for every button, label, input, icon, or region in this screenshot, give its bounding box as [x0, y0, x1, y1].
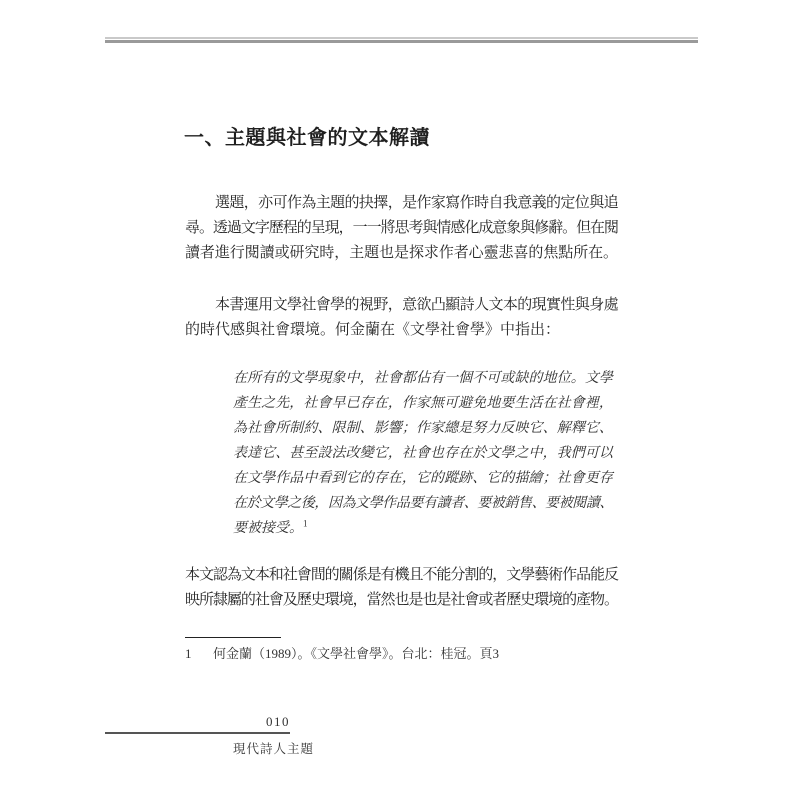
book-page: 一、主題與社會的文本解讀 選題，亦可作為主題的抉擇，是作家寫作時自我意義的定位與… [0, 0, 800, 800]
footnote-number: 1 [185, 645, 213, 663]
header-ornament-rule-light [105, 37, 698, 39]
page-number: 010 [105, 714, 290, 730]
paragraph-1: 選題，亦可作為主題的抉擇，是作家寫作時自我意義的定位與追 尋。透過文字歷程的呈現… [185, 191, 618, 266]
quote-line: 表達它、甚至設法改變它，社會也存在於文學之中，我們可以 [233, 441, 613, 466]
footnote: 1何金蘭（1989）。《文學社會學》。台北：桂冠。頁3 [185, 645, 625, 663]
quote-line: 在文學作品中看到它的存在，它的蹤跡、它的描繪；社會更存 [233, 466, 613, 491]
paragraph-line: 映所隸屬的社會及歷史環境，當然也是也是社會或者歷史環境的產物。 [185, 588, 618, 613]
quote-line: 為社會所制約、限制、影響；作家總是努力反映它、解釋它、 [233, 416, 613, 441]
paragraph-line: 本書運用文學社會學的視野，意欲凸顯詩人文本的現實性與身處 [185, 293, 618, 318]
footnote-marker: 1 [303, 518, 308, 528]
quote-last-line-text: 要被接受。 [233, 521, 303, 536]
header-ornament-rule-dark [105, 40, 698, 43]
section-heading: 一、主題與社會的文本解讀 [184, 121, 430, 150]
paragraph-2: 本書運用文學社會學的視野，意欲凸顯詩人文本的現實性與身處 的時代感與社會環境。何… [185, 293, 618, 343]
block-quote: 在所有的文學現象中，社會都佔有一個不可或缺的地位。文學 產生之先，社會早已存在，… [233, 366, 613, 541]
footnote-text: 何金蘭（1989）。《文學社會學》。台北：桂冠。頁3 [213, 646, 499, 661]
footer-rule [105, 732, 290, 734]
paragraph-line: 本文認為文本和社會間的關係是有機且不能分割的，文學藝術作品能反 [185, 563, 618, 588]
quote-line: 產生之先，社會早已存在，作家無可避免地要生活在社會裡， [233, 391, 613, 416]
footnote-divider-rule [185, 637, 281, 638]
paragraph-line: 尋。透過文字歷程的呈現，一一將思考與情感化成意象與修辭。但在閱 [185, 216, 618, 241]
quote-line: 在所有的文學現象中，社會都佔有一個不可或缺的地位。文學 [233, 366, 613, 391]
quote-line: 在於文學之後，因為文學作品要有讀者、要被銷售、要被閱讀、 [233, 491, 613, 516]
paragraph-line: 的時代感與社會環境。何金蘭在《文學社會學》中指出： [185, 318, 618, 343]
running-title: 現代詩人主題 [233, 739, 314, 757]
paragraph-3: 本文認為文本和社會間的關係是有機且不能分割的，文學藝術作品能反 映所隸屬的社會及… [185, 563, 618, 613]
paragraph-line: 選題，亦可作為主題的抉擇，是作家寫作時自我意義的定位與追 [185, 191, 618, 216]
paragraph-line: 讀者進行閱讀或研究時，主題也是探求作者心靈悲喜的焦點所在。 [185, 241, 618, 266]
quote-line: 要被接受。1 [233, 516, 613, 541]
